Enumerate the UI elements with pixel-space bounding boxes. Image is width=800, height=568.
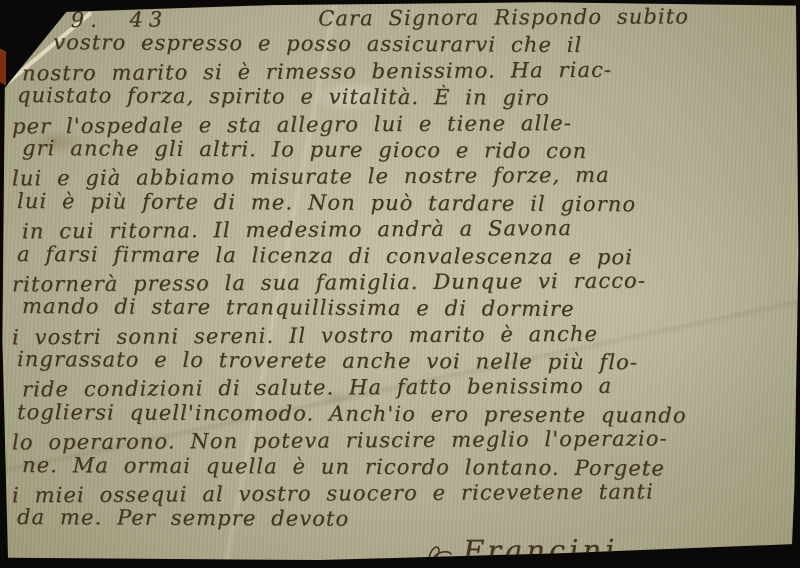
letter-line: mando di stare tranquillissima e di dorm…: [12, 293, 794, 323]
letter-line: al vostro espresso e posso assicurarvi c…: [12, 29, 794, 59]
signature: Francini: [417, 532, 794, 568]
letter-line: quistato forza, spirito e vitalità. È in…: [12, 82, 794, 112]
letter-line: ride condizioni di salute. Ha fatto beni…: [12, 372, 794, 403]
signature-name: Francini: [463, 533, 619, 568]
postcard-paper: 6. 9. 43 Cara Signora Rispondo subito al…: [0, 0, 800, 568]
torn-edge-sliver: [0, 48, 6, 85]
letter-text: 6. 9. 43 Cara Signora Rispondo subito al…: [12, 5, 794, 566]
letter-line: da me. Per sempre devoto: [12, 504, 794, 534]
letter-line: lo operarono. Non poteva riuscire meglio…: [12, 425, 794, 456]
signature-flourish-icon: [427, 543, 453, 561]
letter-line: in cui ritorna. Il medesimo andrà a Savo…: [12, 214, 794, 245]
letter-opening: Cara Signora Rispondo subito: [318, 3, 689, 32]
postcard-photo: 6. 9. 43 Cara Signora Rispondo subito al…: [0, 0, 800, 568]
letter-line: lui e già abbiamo misurate le nostre for…: [12, 161, 794, 192]
